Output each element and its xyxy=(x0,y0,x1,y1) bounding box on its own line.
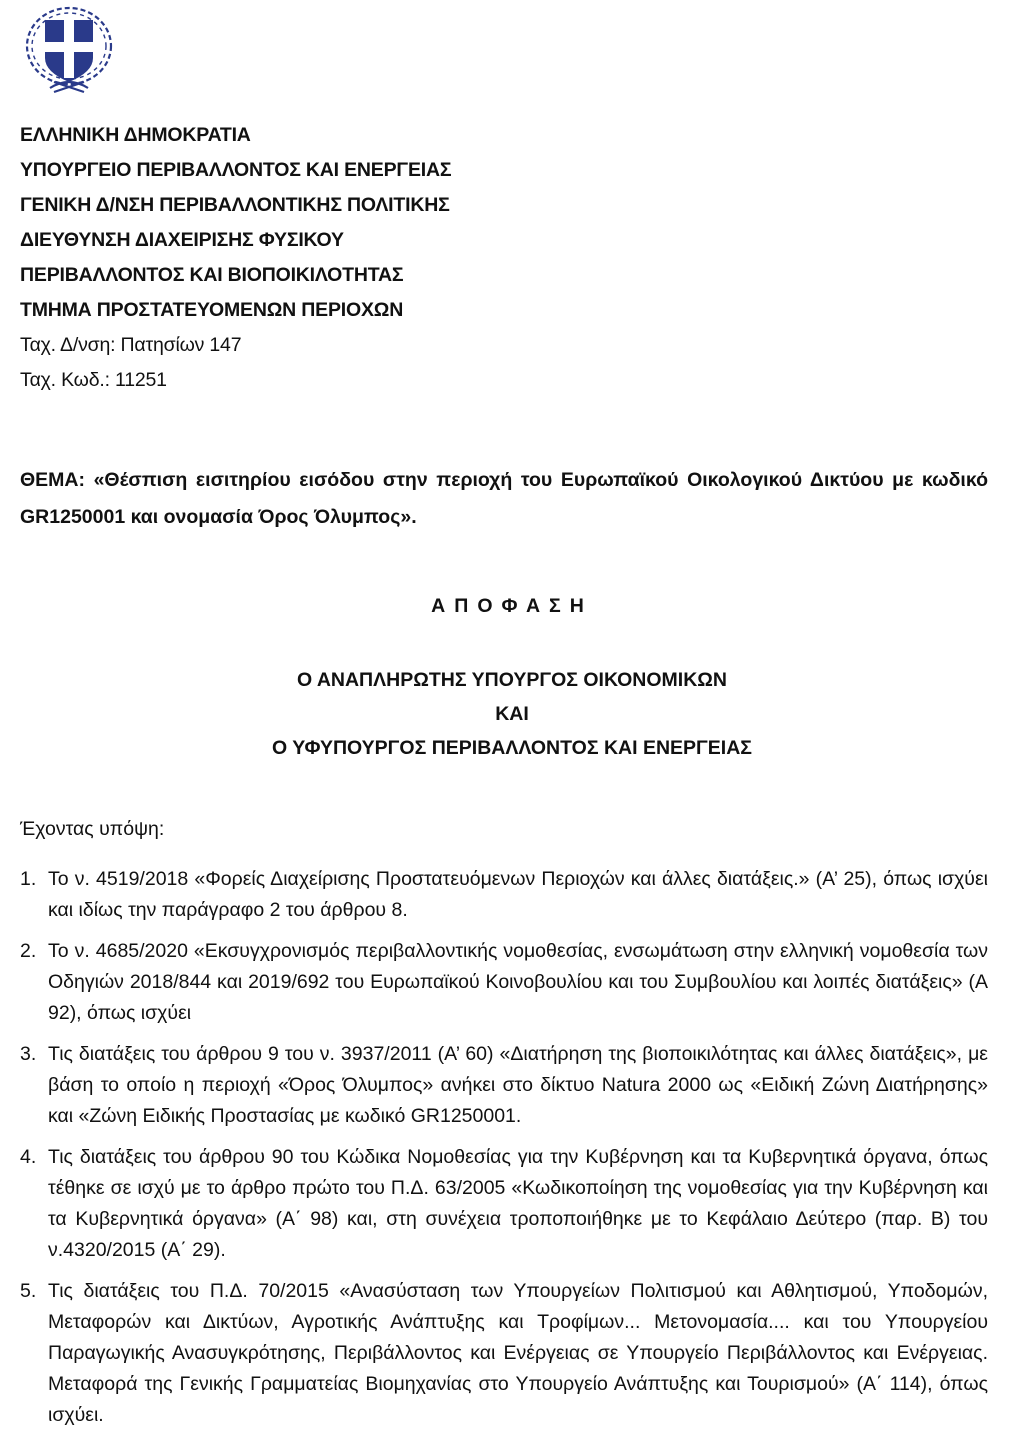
postal-code: Ταχ. Κωδ.: 11251 xyxy=(20,363,451,398)
item-text: Τις διατάξεις του άρθρου 9 του ν. 3937/2… xyxy=(48,1043,988,1127)
header-line: ΓΕΝΙΚΗ Δ/ΝΣΗ ΠΕΡΙΒΑΛΛΟΝΤΙΚΗΣ ΠΟΛΙΤΙΚΗΣ xyxy=(20,188,451,223)
letterhead: ΕΛΛΗΝΙΚΗ ΔΗΜΟΚΡΑΤΙΑ ΥΠΟΥΡΓΕΙΟ ΠΕΡΙΒΑΛΛΟΝ… xyxy=(20,118,451,398)
authority-line: Ο ΥΦΥΠΟΥΡΓΟΣ ΠΕΡΙΒΑΛΛΟΝΤΟΣ ΚΑΙ ΕΝΕΡΓΕΙΑΣ xyxy=(0,731,1024,765)
subject-line: ΘΕΜΑ: «Θέσπιση εισιτηρίου εισόδου στην π… xyxy=(20,462,988,536)
header-line: ΥΠΟΥΡΓΕΙΟ ΠΕΡΙΒΑΛΛΟΝΤΟΣ ΚΑΙ ΕΝΕΡΓΕΙΑΣ xyxy=(20,153,451,188)
item-number: 5. xyxy=(20,1276,36,1307)
greek-coat-of-arms-icon xyxy=(20,2,118,98)
decision-title: ΑΠΟΦΑΣΗ xyxy=(0,595,1024,618)
list-item: 3. Τις διατάξεις του άρθρου 9 του ν. 393… xyxy=(20,1039,988,1132)
legal-basis-list: 1. Το ν. 4519/2018 «Φορείς Διαχείρισης Π… xyxy=(20,864,988,1441)
header-line: ΕΛΛΗΝΙΚΗ ΔΗΜΟΚΡΑΤΙΑ xyxy=(20,118,451,153)
list-item: 1. Το ν. 4519/2018 «Φορείς Διαχείρισης Π… xyxy=(20,864,988,926)
item-number: 1. xyxy=(20,864,36,895)
list-item: 2. Το ν. 4685/2020 «Εκσυγχρονισμός περιβ… xyxy=(20,936,988,1029)
header-line: ΔΙΕΥΘΥΝΣΗ ΔΙΑΧΕΙΡΙΣΗΣ ΦΥΣΙΚΟΥ xyxy=(20,223,451,258)
issuing-authorities: Ο ΑΝΑΠΛΗΡΩΤΗΣ ΥΠΟΥΡΓΟΣ ΟΙΚΟΝΟΜΙΚΩΝ ΚΑΙ Ο… xyxy=(0,663,1024,765)
header-line: ΠΕΡΙΒΑΛΛΟΝΤΟΣ ΚΑΙ ΒΙΟΠΟΙΚΙΛΟΤΗΤΑΣ xyxy=(20,258,451,293)
item-number: 2. xyxy=(20,936,36,967)
header-line: ΤΜΗΜΑ ΠΡΟΣΤΑΤΕΥΟΜΕΝΩΝ ΠΕΡΙΟΧΩΝ xyxy=(20,293,451,328)
item-text: Τις διατάξεις του Π.Δ. 70/2015 «Ανασύστα… xyxy=(48,1280,988,1426)
item-number: 4. xyxy=(20,1142,36,1173)
item-text: Το ν. 4519/2018 «Φορείς Διαχείρισης Προσ… xyxy=(48,868,988,921)
item-text: Τις διατάξεις του άρθρου 90 του Κώδικα Ν… xyxy=(48,1146,988,1261)
postal-address: Ταχ. Δ/νση: Πατησίων 147 xyxy=(20,328,451,363)
item-number: 3. xyxy=(20,1039,36,1070)
item-text: Το ν. 4685/2020 «Εκσυγχρονισμός περιβαλλ… xyxy=(48,940,988,1024)
list-item: 4. Τις διατάξεις του άρθρου 90 του Κώδικ… xyxy=(20,1142,988,1266)
list-item: 5. Τις διατάξεις του Π.Δ. 70/2015 «Ανασύ… xyxy=(20,1276,988,1431)
authority-conjunction: ΚΑΙ xyxy=(0,697,1024,731)
considering-heading: Έχοντας υπόψη: xyxy=(20,818,164,841)
authority-line: Ο ΑΝΑΠΛΗΡΩΤΗΣ ΥΠΟΥΡΓΟΣ ΟΙΚΟΝΟΜΙΚΩΝ xyxy=(0,663,1024,697)
